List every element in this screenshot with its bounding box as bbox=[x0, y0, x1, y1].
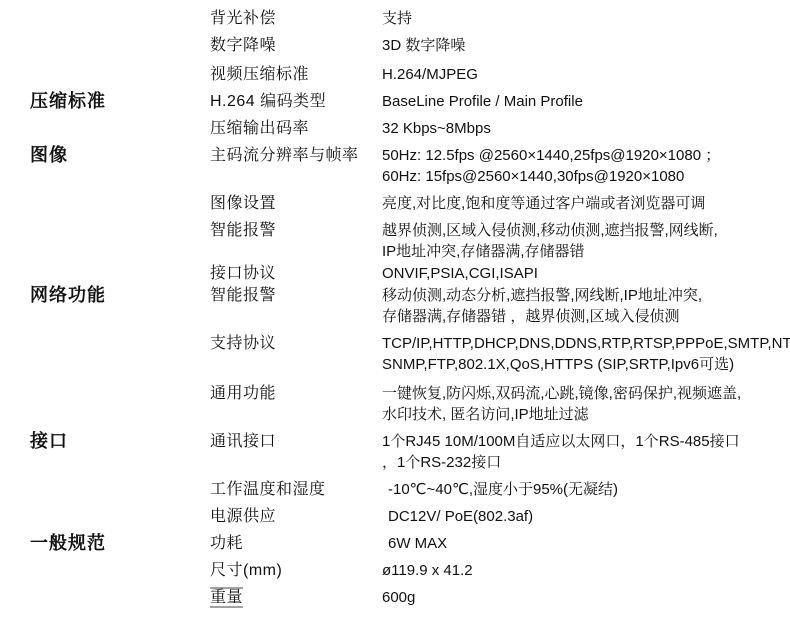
property-label: 通用功能 bbox=[210, 383, 382, 404]
property-label: 支持协议 bbox=[210, 333, 382, 354]
table-row: 智能报警 越界侦测,区域入侵侦测,移动侦测,遮挡报警,网线断, IP地址冲突,存… bbox=[30, 220, 784, 262]
table-row: 网络功能 智能报警 移动侦测,动态分析,遮挡报警,网线断,IP地址冲突, 存储器… bbox=[30, 285, 784, 327]
property-label: 工作温度和湿度 bbox=[210, 479, 382, 500]
property-value: H.264/MJPEG bbox=[382, 64, 784, 85]
category-label: 接口 bbox=[30, 431, 210, 452]
table-row: 压缩输出码率 32 Kbps~8Mbps bbox=[30, 118, 784, 139]
property-label: 主码流分辨率与帧率 bbox=[210, 145, 382, 166]
property-value: 亮度,对比度,饱和度等通过客户端或者浏览器可调 bbox=[382, 193, 784, 214]
table-row: 视频压缩标准 H.264/MJPEG bbox=[30, 64, 784, 85]
property-label: 压缩输出码率 bbox=[210, 118, 382, 139]
property-label: 数字降噪 bbox=[210, 35, 382, 56]
property-label: 图像设置 bbox=[210, 193, 382, 214]
property-label: 通讯接口 bbox=[210, 431, 382, 452]
property-value: 支持 bbox=[382, 8, 784, 29]
property-value: 移动侦测,动态分析,遮挡报警,网线断,IP地址冲突, 存储器满,存储器错 ，越界… bbox=[382, 285, 784, 327]
property-label: 背光补偿 bbox=[210, 8, 382, 29]
property-value: ø119.9 x 41.2 bbox=[382, 560, 784, 581]
table-row: 背光补偿 支持 bbox=[30, 8, 784, 29]
table-row: 尺寸(mm) ø119.9 x 41.2 bbox=[30, 560, 784, 581]
property-value: -10℃~40℃,湿度小于95%(无凝结) bbox=[382, 479, 784, 500]
property-label: 智能报警 bbox=[210, 285, 382, 306]
table-row: 图像 主码流分辨率与帧率 50Hz: 12.5fps @2560×1440,25… bbox=[30, 145, 784, 187]
property-label: H.264 编码类型 bbox=[210, 91, 382, 112]
table-row: 接口协议 ONVIF,PSIA,CGI,ISAPI bbox=[30, 263, 784, 284]
property-label: 电源供应 bbox=[210, 506, 382, 527]
property-label: 视频压缩标准 bbox=[210, 64, 382, 85]
table-row: 压缩标准 H.264 编码类型 BaseLine Profile / Main … bbox=[30, 91, 784, 112]
property-label: 尺寸(mm) bbox=[210, 560, 382, 581]
table-row: 图像设置 亮度,对比度,饱和度等通过客户端或者浏览器可调 bbox=[30, 193, 784, 214]
table-row: 数字降噪 3D 数字降噪 bbox=[30, 35, 784, 56]
category-label: 图像 bbox=[30, 145, 210, 166]
property-label: 接口协议 bbox=[210, 263, 382, 284]
table-row: 重量 600g bbox=[30, 587, 784, 608]
category-label: 一般规范 bbox=[30, 533, 210, 554]
property-value: 50Hz: 12.5fps @2560×1440,25fps@1920×1080… bbox=[382, 145, 784, 187]
property-value: DC12V/ PoE(802.3af) bbox=[382, 506, 784, 527]
property-value: 6W MAX bbox=[382, 533, 784, 554]
property-label: 重量 bbox=[210, 587, 382, 608]
category-label: 压缩标准 bbox=[30, 91, 210, 112]
property-value: 600g bbox=[382, 587, 784, 608]
property-value: 1个RJ45 10M/100M自适应以太网口，1个RS-485接口 ，1个RS-… bbox=[382, 431, 784, 473]
table-row: 工作温度和湿度 -10℃~40℃,湿度小于95%(无凝结) bbox=[30, 479, 784, 500]
property-value: TCP/IP,HTTP,DHCP,DNS,DDNS,RTP,RTSP,PPPoE… bbox=[382, 333, 790, 375]
property-label: 功耗 bbox=[210, 533, 382, 554]
property-value: 3D 数字降噪 bbox=[382, 35, 784, 56]
table-row: 接口 通讯接口 1个RJ45 10M/100M自适应以太网口，1个RS-485接… bbox=[30, 431, 784, 473]
spec-sheet: 背光补偿 支持 数字降噪 3D 数字降噪 视频压缩标准 H.264/MJPEG … bbox=[0, 0, 790, 620]
property-label: 智能报警 bbox=[210, 220, 382, 241]
table-row: 支持协议 TCP/IP,HTTP,DHCP,DNS,DDNS,RTP,RTSP,… bbox=[30, 333, 784, 375]
property-value: 32 Kbps~8Mbps bbox=[382, 118, 784, 139]
table-row: 一般规范 功耗 6W MAX bbox=[30, 533, 784, 554]
table-row: 通用功能 一键恢复,防闪烁,双码流,心跳,镜像,密码保护,视频遮盖, 水印技术,… bbox=[30, 383, 784, 425]
category-label: 网络功能 bbox=[30, 285, 210, 306]
table-row: 电源供应 DC12V/ PoE(802.3af) bbox=[30, 506, 784, 527]
property-value: ONVIF,PSIA,CGI,ISAPI bbox=[382, 263, 784, 284]
property-value: 一键恢复,防闪烁,双码流,心跳,镜像,密码保护,视频遮盖, 水印技术, 匿名访问… bbox=[382, 383, 784, 425]
weight-label: 重量 bbox=[210, 587, 243, 608]
property-value: BaseLine Profile / Main Profile bbox=[382, 91, 784, 112]
property-value: 越界侦测,区域入侵侦测,移动侦测,遮挡报警,网线断, IP地址冲突,存储器满,存… bbox=[382, 220, 784, 262]
